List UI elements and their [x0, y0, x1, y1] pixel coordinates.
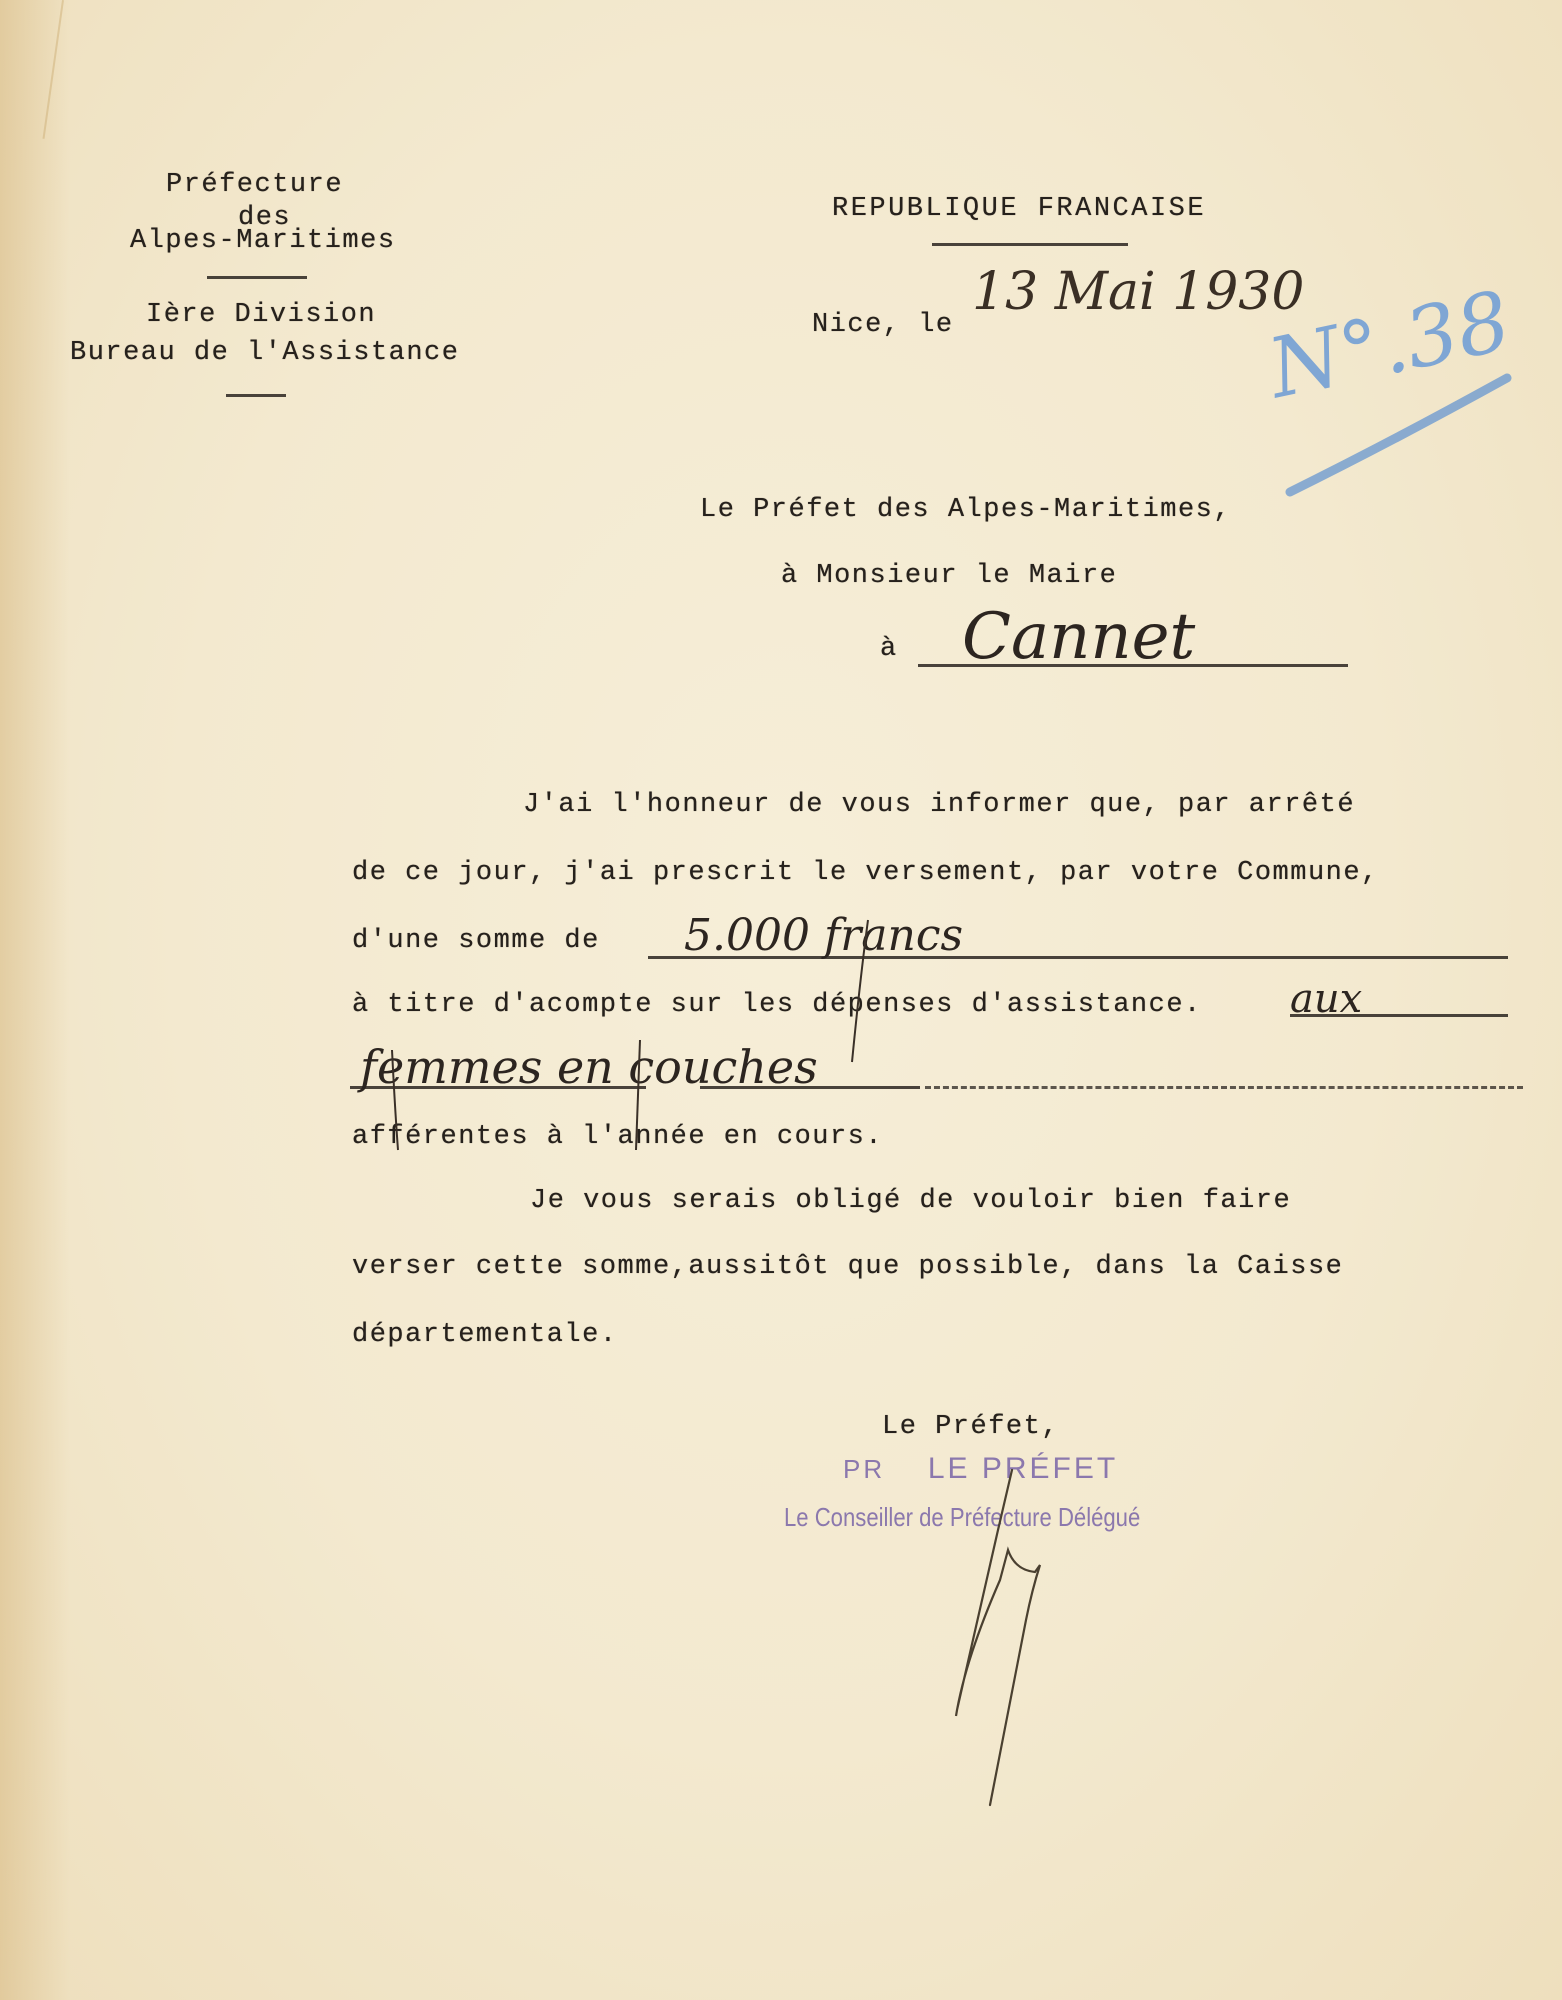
pen-strokes-overlay — [0, 0, 1562, 2000]
